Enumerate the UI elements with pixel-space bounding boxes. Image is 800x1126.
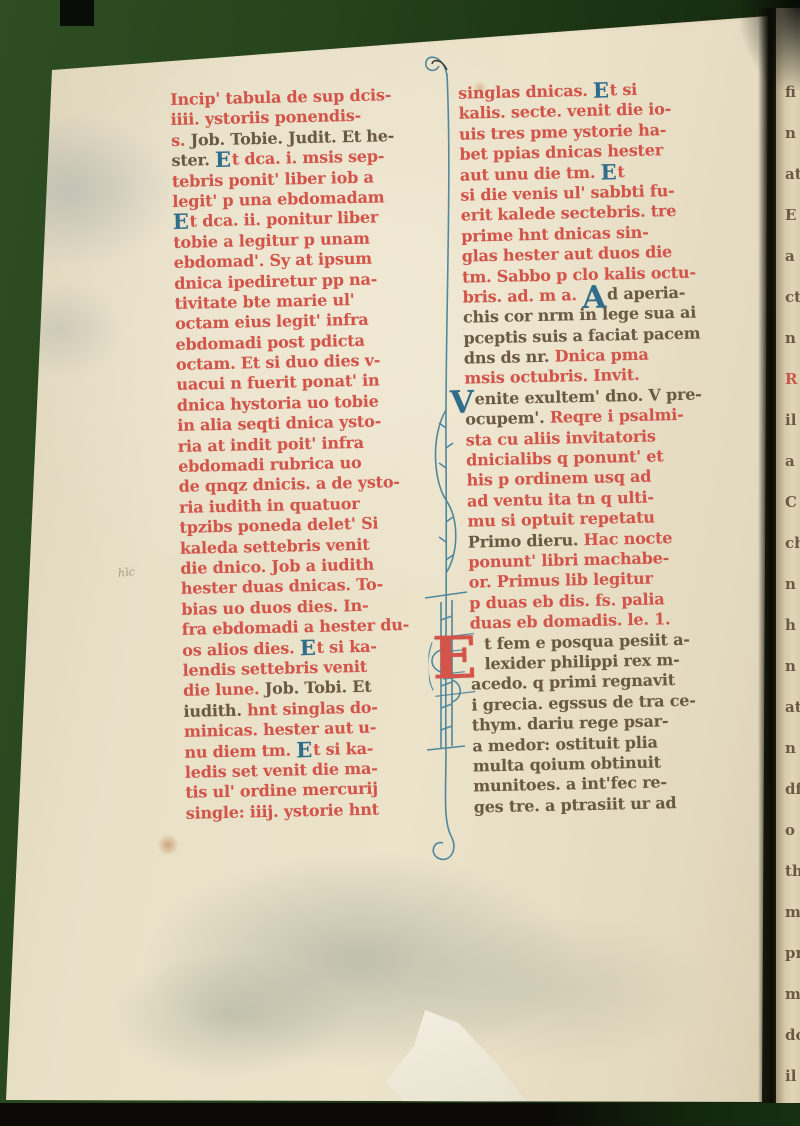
text-segment: ocupem'. [465, 408, 550, 429]
text-segment: s. [171, 130, 191, 149]
text-segment: dnica ipediretur pp na- [174, 269, 377, 292]
edge-letter-fragment: h [785, 605, 800, 646]
text-segment: tpzibs poneda delet' Si [179, 514, 378, 537]
text-segment: ster. [171, 150, 215, 170]
left-column: Incip' tabula de sup dcis-iiii. ystoriis… [170, 85, 438, 824]
text-segment: a medor: ostituit plia [472, 732, 658, 755]
text-segment: t si ka- [316, 636, 377, 656]
text-segment: octam. Et si duo dies v- [176, 351, 381, 374]
edge-letter-fragment: n [785, 646, 800, 687]
text-segment: singlas dnicas. [458, 81, 593, 103]
edge-letter-fragment: il [785, 1056, 800, 1097]
text-segment: munitoes. a int'fec re- [473, 773, 667, 796]
text-segment: de qnqz dnicis. a de ysto- [178, 473, 400, 497]
text-segment: multa qoium obtinuit [473, 752, 661, 775]
text-segment: die lune. [183, 679, 265, 700]
text-segment: ges tre. a ptrasiit ur ad [474, 793, 677, 816]
text-segment: thym. dariu rege psar- [472, 711, 669, 734]
text-line: single: iiij. ystorie hnt [186, 798, 438, 824]
text-segment: msis octubris. Invit. [464, 365, 640, 388]
text-segment: t dca. i. msis sep- [232, 147, 385, 169]
text-segment: d aperia- [607, 283, 686, 304]
text-segment: dnica hystoria uo tobie [177, 391, 379, 414]
text-segment: die dnico. Job a iudith [180, 555, 374, 578]
edge-letter-fragment: ch [785, 523, 800, 564]
edge-letter-fragment: n [785, 113, 800, 154]
text-segment: tobie a legitur p unam [173, 228, 370, 251]
text-segment: glas hester aut duos die [461, 242, 672, 266]
illuminated-initial-e: E [428, 629, 480, 702]
text-segment: sta cu aliis invitatoris [465, 426, 655, 449]
text-segment: acedo. q primi regnavit [471, 670, 675, 693]
text-segment: Hac nocte [583, 528, 672, 549]
text-segment: mu si optuit repetatu [467, 508, 655, 531]
edge-letter-fragment: il [785, 400, 800, 441]
text-segment: octam eius legit' infra [175, 310, 369, 333]
edge-letter-fragment: a [785, 441, 800, 482]
text-segment: E [215, 147, 231, 172]
edge-letter-fragment: R [785, 359, 800, 400]
text-segment: ledis set venit die ma- [185, 759, 378, 782]
text-segment: ebdomadi rubrica uo [178, 453, 362, 476]
text-segment: nu diem tm. [184, 740, 296, 761]
text-segment: tivitate bte marie ul' [174, 290, 354, 313]
text-segment: hester duas dnicas. To- [181, 575, 383, 598]
text-segment: iiii. ystoriis ponendis- [170, 106, 361, 129]
edge-letter-fragment: pr [785, 933, 800, 974]
text-segment: dnicialibs q ponunt' et [466, 446, 664, 469]
edge-letter-fragment: ct [785, 277, 800, 318]
initial-letter: E [432, 625, 478, 690]
edge-letter-fragment: at [785, 687, 800, 728]
text-segment: E [300, 635, 316, 660]
text-segment: ebdomadi post pdicta [175, 331, 365, 354]
page-gutter-shadow [758, 8, 778, 1104]
text-segment: kaleda settebris venit [180, 534, 370, 557]
text-segment: bris. ad. m a. [462, 285, 582, 307]
text-segment: ria at indit poit' infra [178, 432, 364, 455]
manuscript-photo: hīc Incip' tabula de sup d [0, 0, 800, 1126]
text-segment: t si [610, 80, 638, 100]
binding-shadow [60, 0, 94, 26]
edge-letter-fragment: a [785, 236, 800, 277]
parchment-patch [386, 1010, 526, 1104]
text-segment: lendis settebris venit [182, 657, 367, 680]
text-segment: t fem e posqua pesiit a- [484, 629, 690, 652]
edge-letter-fragment: o [785, 810, 800, 851]
text-segment: aut unu die tm. [460, 162, 601, 184]
text-segment: ponunt' libri machabe- [468, 548, 669, 571]
text-segment: dns ds nr. [464, 347, 555, 368]
text-segment: or. Primus lib legitur [469, 569, 653, 592]
text-segment: his p ordinem usq ad [466, 467, 651, 490]
edge-letter-fragment: E [785, 195, 800, 236]
text-segment: bet ppias dnicas hester [459, 140, 663, 163]
edge-letter-fragment: th [785, 851, 800, 892]
text-segment: pceptis suis a faciat pacem [463, 323, 700, 347]
text-segment: duas eb domadis. le. 1. [469, 609, 670, 632]
text-segment: lexider philippi rex m- [484, 650, 679, 673]
edge-letter-fragment: n [785, 318, 800, 359]
edge-letter-fragment: fi [785, 72, 800, 113]
text-segment: E [600, 159, 616, 184]
edge-letter-fragment: C [785, 482, 800, 523]
text-segment: ria iudith in quatuor [179, 494, 360, 517]
edge-letter-fragment: do [785, 1015, 800, 1056]
right-column: E singlas dnicas. Et sikalis. secte. ven… [458, 77, 762, 817]
text-segment: E [173, 209, 189, 234]
text-segment: t [617, 162, 625, 181]
text-block: Incip' tabula de sup dcis-iiii. ystoriis… [170, 77, 766, 824]
text-segment: Dnica pma [554, 345, 648, 366]
edge-letter-fragment: df [785, 769, 800, 810]
text-segment: uacui n fuerit ponat' in [176, 371, 379, 394]
text-segment: p duas eb dis. fs. palia [469, 589, 665, 612]
text-segment: t dca. ii. ponitur liber [189, 208, 378, 231]
text-segment: hnt singlas do- [247, 697, 378, 719]
text-segment: t si ka- [313, 738, 374, 758]
manuscript-page: hīc Incip' tabula de sup d [0, 0, 800, 1126]
text-segment: iudith. [183, 700, 247, 720]
table-surface [0, 1103, 800, 1126]
edge-letter-fragment: m [785, 892, 800, 933]
text-segment: tis ul' ordine mercurij [185, 779, 378, 802]
text-segment: os alios dies. [182, 638, 300, 660]
text-segment: Reqre i psalmi- [550, 405, 684, 427]
page-top-edge-tint [48, 6, 771, 67]
text-segment: E [296, 737, 312, 762]
edge-letter-fragment: n [785, 564, 800, 605]
text-segment: prime hnt dnicas sin- [461, 222, 649, 245]
text-segment: uis tres pme ystorie ha- [459, 120, 667, 144]
text-segment: single: iiij. ystorie hnt [186, 799, 379, 822]
text-segment: Job. Tobi. Et [265, 677, 372, 698]
text-segment: minicas. hester aut u- [184, 718, 377, 741]
edge-letter-fragment: at [785, 154, 800, 195]
text-segment: in alia seqti dnica ysto- [177, 412, 381, 435]
text-segment: bias uo duos dies. In- [181, 596, 368, 619]
edge-letter-fragment: m [785, 974, 800, 1015]
marginal-note: hīc [117, 565, 135, 580]
next-page-edge: finatEactnRilaCchnhnatndfothmprmdoil [776, 8, 800, 1104]
text-segment: E [593, 77, 609, 102]
edge-letter-fragment: n [785, 728, 800, 769]
text-segment: ad ventu ita tn q ulti- [467, 487, 654, 510]
text-segment: Primo dieru. [468, 530, 584, 552]
edge-text: finatEactnRilaCchnhnatndfothmprmdoil [785, 72, 800, 1097]
text-segment: ebdomad'. Sy at ipsum [174, 249, 373, 272]
text-segment: tebris ponit' liber iob a [172, 167, 374, 190]
